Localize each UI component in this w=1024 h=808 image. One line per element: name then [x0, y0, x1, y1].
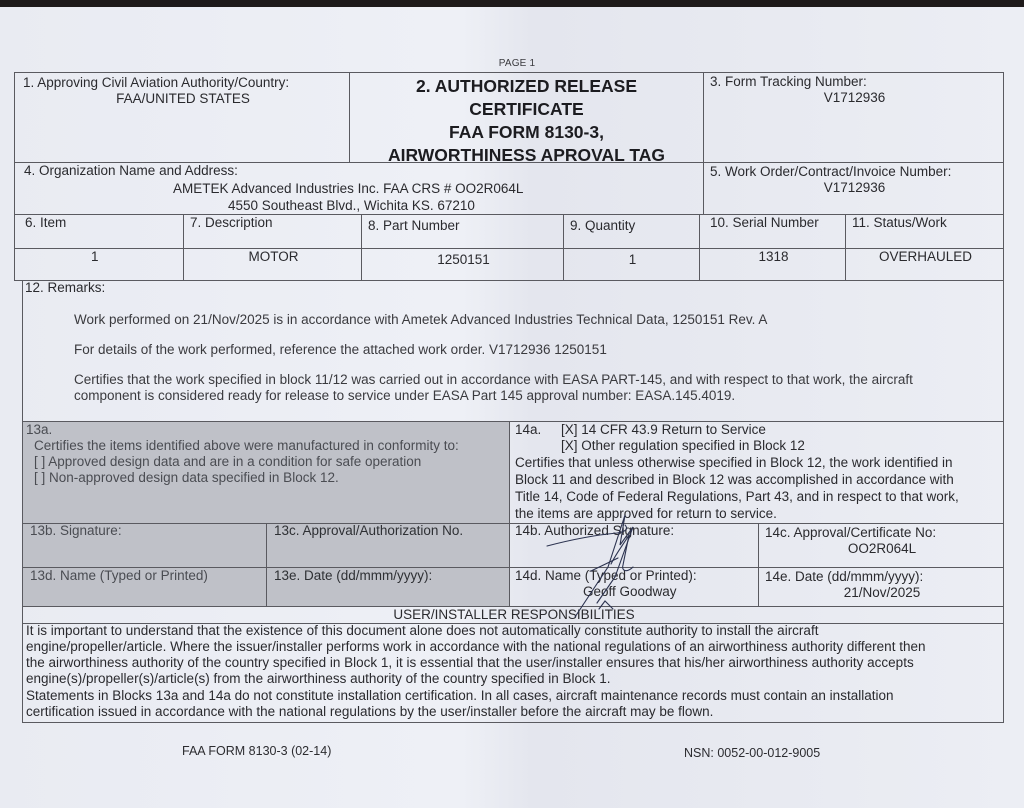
- block-1-label: 1. Approving Civil Aviation Authority/Co…: [23, 75, 289, 91]
- block-4-organization: 4. Organization Name and Address: AMETEK…: [14, 162, 704, 215]
- block-3-label: 3. Form Tracking Number:: [710, 74, 867, 90]
- block-14e-date: 14e. Date (dd/mmm/yyyy): 21/Nov/2025: [758, 567, 1004, 607]
- block-13a-label: 13a.: [26, 422, 52, 438]
- organization-name: AMETEK Advanced Industries Inc. FAA CRS …: [173, 181, 523, 197]
- block-13d-name: 13d. Name (Typed or Printed): [22, 567, 267, 607]
- block-3-tracking: 3. Form Tracking Number: V1712936: [703, 72, 1004, 163]
- checkbox-14-cfr-43-9[interactable]: [X] 14 CFR 43.9 Return to Service: [561, 422, 766, 438]
- block-13a-conformity: 13a. Certifies the items identified abov…: [22, 421, 510, 524]
- checkbox-approved-design[interactable]: [ ] Approved design data and are in a co…: [34, 454, 421, 470]
- footer-form-id: FAA FORM 8130-3 (02-14): [182, 744, 331, 758]
- header-status-work: 11. Status/Work: [845, 214, 1004, 249]
- header-quantity: 9. Quantity: [563, 214, 700, 249]
- block-5-label: 5. Work Order/Contract/Invoice Number:: [710, 164, 951, 180]
- block-4-label: 4. Organization Name and Address:: [24, 163, 238, 179]
- form-tracking-number: V1712936: [704, 90, 1005, 106]
- status-work-cell: OVERHAULED: [845, 248, 1004, 281]
- block-14b-signature: 14b. Authorized Signature:: [509, 523, 759, 568]
- block-14d-name: 14d. Name (Typed or Printed): Geoff Good…: [509, 567, 759, 607]
- part-number-cell: 1250151: [361, 248, 564, 281]
- header-serial-number: 10. Serial Number: [699, 214, 846, 249]
- page-label: PAGE 1: [0, 58, 1024, 69]
- release-date: 21/Nov/2025: [759, 585, 1005, 601]
- block-13a-text: Certifies the items identified above wer…: [34, 438, 459, 454]
- form-8130-3: 1. Approving Civil Aviation Authority/Co…: [14, 72, 1004, 722]
- organization-address: 4550 Southeast Blvd., Wichita KS. 67210: [228, 198, 475, 214]
- block-13c-approval-no: 13c. Approval/Authorization No.: [266, 523, 510, 568]
- remarks-easa-line1: Certifies that the work specified in blo…: [74, 372, 913, 388]
- certificate-page: PAGE 1 1. Approving Civil Aviation Autho…: [0, 7, 1024, 808]
- remarks-work-performed: Work performed on 21/Nov/2025 is in acco…: [74, 312, 767, 328]
- description-cell: MOTOR: [183, 248, 362, 281]
- checkbox-other-regulation[interactable]: [X] Other regulation specified in Block …: [561, 438, 805, 454]
- responsibilities-body: It is important to understand that the e…: [22, 623, 1004, 723]
- item-number-cell: 1: [14, 248, 184, 281]
- remarks-work-order-ref: For details of the work performed, refer…: [74, 342, 607, 358]
- block-1-value: FAA/UNITED STATES: [15, 91, 351, 107]
- footer-nsn: NSN: 0052-00-012-9005: [684, 746, 820, 760]
- responsibilities-heading: USER/INSTALLER RESPONSIBILITIES: [22, 606, 1004, 624]
- remarks-easa-line2: component is considered ready for releas…: [74, 388, 735, 404]
- block-2-title: 2. AUTHORIZED RELEASE CERTIFICATE FAA FO…: [349, 72, 704, 163]
- certificate-number: OO2R064L: [759, 541, 1005, 557]
- block-14a-label: 14a.: [515, 422, 541, 438]
- form-title: 2. AUTHORIZED RELEASE CERTIFICATE FAA FO…: [350, 75, 703, 167]
- quantity-cell: 1: [563, 248, 700, 281]
- block-13b-signature: 13b. Signature:: [22, 523, 267, 568]
- block-13e-date: 13e. Date (dd/mmm/yyyy):: [266, 567, 510, 607]
- checkbox-non-approved-design[interactable]: [ ] Non-approved design data specified i…: [34, 470, 339, 486]
- block-14a-return-to-service: 14a. [X] 14 CFR 43.9 Return to Service […: [509, 421, 1004, 524]
- block-1-authority: 1. Approving Civil Aviation Authority/Co…: [14, 72, 350, 163]
- header-item: 6. Item: [14, 214, 184, 249]
- serial-number-cell: 1318: [699, 248, 846, 281]
- signer-name: Geoff Goodway: [583, 584, 677, 600]
- block-14c-certificate-no: 14c. Approval/Certificate No: OO2R064L: [758, 523, 1004, 568]
- work-order-number: V1712936: [704, 180, 1005, 196]
- block-12-label: 12. Remarks:: [25, 280, 105, 296]
- header-part-number: 8. Part Number: [361, 214, 564, 249]
- block-12-remarks: 12. Remarks: Work performed on 21/Nov/20…: [22, 280, 1004, 422]
- block-5-work-order: 5. Work Order/Contract/Invoice Number: V…: [703, 162, 1004, 215]
- header-description: 7. Description: [183, 214, 362, 249]
